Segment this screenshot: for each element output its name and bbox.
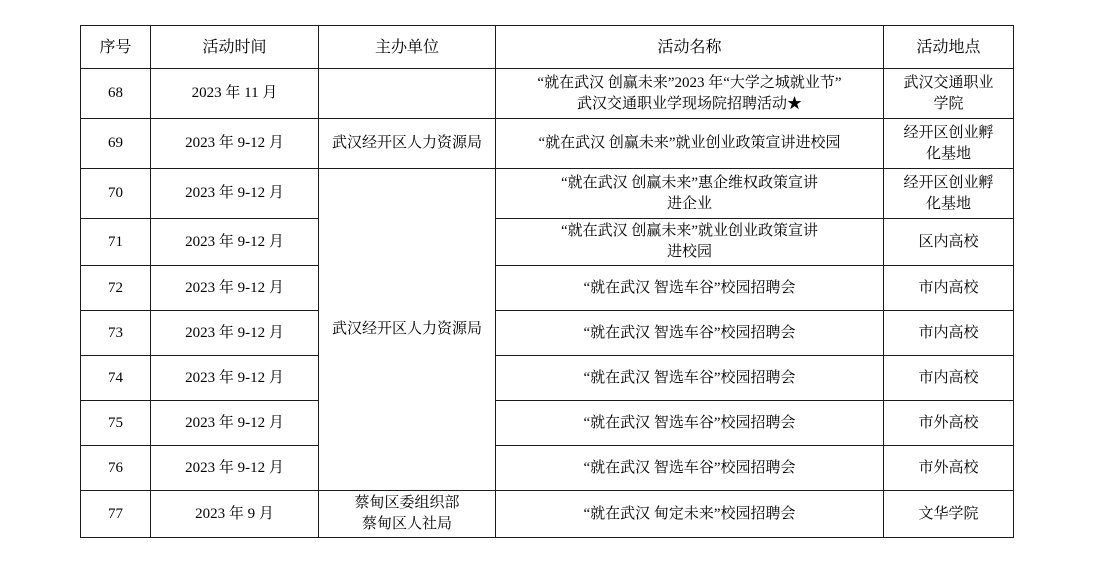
cell-location-line: 学院 (888, 94, 1009, 115)
cell-location: 经开区创业孵 化基地 (884, 169, 1014, 219)
table-row: 77 2023 年 9 月 蔡甸区委组织部 蔡甸区人社局 “就在武汉 甸定未来”… (81, 491, 1014, 538)
table-row: 69 2023 年 9-12 月 武汉经开区人力资源局 “就在武汉 创赢未来”就… (81, 119, 1014, 169)
cell-name: “就在武汉 智选车谷”校园招聘会 (496, 266, 884, 311)
cell-name: “就在武汉 创赢未来”就业创业政策宣讲进校园 (496, 119, 884, 169)
table-row: 74 2023 年 9-12 月 “就在武汉 智选车谷”校园招聘会 市内高校 (81, 356, 1014, 401)
cell-location: 文华学院 (884, 491, 1014, 538)
table-header-row: 序号 活动时间 主办单位 活动名称 活动地点 (81, 26, 1014, 69)
activities-table-container: 序号 活动时间 主办单位 活动名称 活动地点 68 2023 年 11 月 “就… (80, 25, 1014, 538)
cell-time: 2023 年 9-12 月 (151, 266, 319, 311)
cell-location-line: 市内高校 (888, 323, 1009, 344)
cell-location: 市外高校 (884, 401, 1014, 446)
cell-location: 武汉交通职业 学院 (884, 69, 1014, 119)
cell-location-line: 市外高校 (888, 413, 1009, 434)
table-row: 72 2023 年 9-12 月 “就在武汉 智选车谷”校园招聘会 市内高校 (81, 266, 1014, 311)
table-row: 71 2023 年 9-12 月 “就在武汉 创赢未来”就业创业政策宣讲 进校园… (81, 219, 1014, 266)
cell-seq: 73 (81, 311, 151, 356)
cell-seq: 74 (81, 356, 151, 401)
cell-name-line: “就在武汉 创赢未来”就业创业政策宣讲 (500, 221, 879, 242)
cell-time: 2023 年 9-12 月 (151, 446, 319, 491)
cell-name-line: “就在武汉 创赢未来”就业创业政策宣讲进校园 (500, 133, 879, 154)
cell-name-line: 进校园 (500, 242, 879, 263)
cell-location-line: 经开区创业孵 (888, 173, 1009, 194)
cell-organizer-merged: 武汉经开区人力资源局 (319, 169, 496, 491)
cell-organizer: 武汉经开区人力资源局 (319, 119, 496, 169)
cell-time: 2023 年 9-12 月 (151, 311, 319, 356)
cell-organizer (319, 69, 496, 119)
table-row: 68 2023 年 11 月 “就在武汉 创赢未来”2023 年“大学之城就业节… (81, 69, 1014, 119)
cell-time: 2023 年 9-12 月 (151, 401, 319, 446)
cell-name-line: “就在武汉 智选车谷”校园招聘会 (500, 458, 879, 479)
cell-location-line: 化基地 (888, 194, 1009, 215)
cell-time: 2023 年 11 月 (151, 69, 319, 119)
cell-seq: 75 (81, 401, 151, 446)
cell-name: “就在武汉 智选车谷”校园招聘会 (496, 446, 884, 491)
cell-seq: 77 (81, 491, 151, 538)
cell-location: 经开区创业孵 化基地 (884, 119, 1014, 169)
cell-location: 市内高校 (884, 311, 1014, 356)
cell-time: 2023 年 9-12 月 (151, 219, 319, 266)
cell-seq: 76 (81, 446, 151, 491)
cell-location-line: 市外高校 (888, 458, 1009, 479)
cell-location-line: 化基地 (888, 144, 1009, 165)
header-time: 活动时间 (151, 26, 319, 69)
cell-seq: 71 (81, 219, 151, 266)
cell-time: 2023 年 9-12 月 (151, 119, 319, 169)
cell-time: 2023 年 9-12 月 (151, 169, 319, 219)
cell-location-line: 文华学院 (888, 504, 1009, 525)
cell-organizer-line: 蔡甸区人社局 (323, 514, 491, 535)
cell-name-line: “就在武汉 智选车谷”校园招聘会 (500, 413, 879, 434)
cell-location: 区内高校 (884, 219, 1014, 266)
cell-name-line: “就在武汉 创赢未来”2023 年“大学之城就业节” (500, 73, 879, 94)
cell-location-line: 市内高校 (888, 278, 1009, 299)
cell-seq: 70 (81, 169, 151, 219)
cell-time: 2023 年 9-12 月 (151, 356, 319, 401)
cell-name-line: “就在武汉 智选车谷”校园招聘会 (500, 323, 879, 344)
table-row: 73 2023 年 9-12 月 “就在武汉 智选车谷”校园招聘会 市内高校 (81, 311, 1014, 356)
table-row: 75 2023 年 9-12 月 “就在武汉 智选车谷”校园招聘会 市外高校 (81, 401, 1014, 446)
cell-name: “就在武汉 创赢未来”2023 年“大学之城就业节” 武汉交通职业学现场院招聘活… (496, 69, 884, 119)
cell-organizer: 蔡甸区委组织部 蔡甸区人社局 (319, 491, 496, 538)
cell-seq: 72 (81, 266, 151, 311)
cell-location-line: 武汉交通职业 (888, 73, 1009, 94)
cell-name: “就在武汉 创赢未来”就业创业政策宣讲 进校园 (496, 219, 884, 266)
cell-location-line: 市内高校 (888, 368, 1009, 389)
cell-name: “就在武汉 创赢未来”惠企维权政策宣讲 进企业 (496, 169, 884, 219)
cell-name-line: “就在武汉 创赢未来”惠企维权政策宣讲 (500, 173, 879, 194)
cell-seq: 68 (81, 69, 151, 119)
cell-location: 市外高校 (884, 446, 1014, 491)
cell-location: 市内高校 (884, 266, 1014, 311)
cell-name-line: 武汉交通职业学现场院招聘活动★ (500, 94, 879, 115)
header-name: 活动名称 (496, 26, 884, 69)
cell-name-line: 进企业 (500, 194, 879, 215)
cell-organizer-line: 蔡甸区委组织部 (323, 493, 491, 514)
table-row: 76 2023 年 9-12 月 “就在武汉 智选车谷”校园招聘会 市外高校 (81, 446, 1014, 491)
activities-table: 序号 活动时间 主办单位 活动名称 活动地点 68 2023 年 11 月 “就… (80, 25, 1014, 538)
header-organizer: 主办单位 (319, 26, 496, 69)
cell-location-line: 经开区创业孵 (888, 123, 1009, 144)
cell-time: 2023 年 9 月 (151, 491, 319, 538)
cell-name-line: “就在武汉 智选车谷”校园招聘会 (500, 368, 879, 389)
cell-seq: 69 (81, 119, 151, 169)
cell-name: “就在武汉 智选车谷”校园招聘会 (496, 356, 884, 401)
table-row: 70 2023 年 9-12 月 武汉经开区人力资源局 “就在武汉 创赢未来”惠… (81, 169, 1014, 219)
cell-location: 市内高校 (884, 356, 1014, 401)
cell-name-line: “就在武汉 甸定未来”校园招聘会 (500, 504, 879, 525)
cell-location-line: 区内高校 (888, 232, 1009, 253)
cell-name: “就在武汉 甸定未来”校园招聘会 (496, 491, 884, 538)
cell-name: “就在武汉 智选车谷”校园招聘会 (496, 311, 884, 356)
header-seq: 序号 (81, 26, 151, 69)
cell-name: “就在武汉 智选车谷”校园招聘会 (496, 401, 884, 446)
cell-name-line: “就在武汉 智选车谷”校园招聘会 (500, 278, 879, 299)
header-location: 活动地点 (884, 26, 1014, 69)
